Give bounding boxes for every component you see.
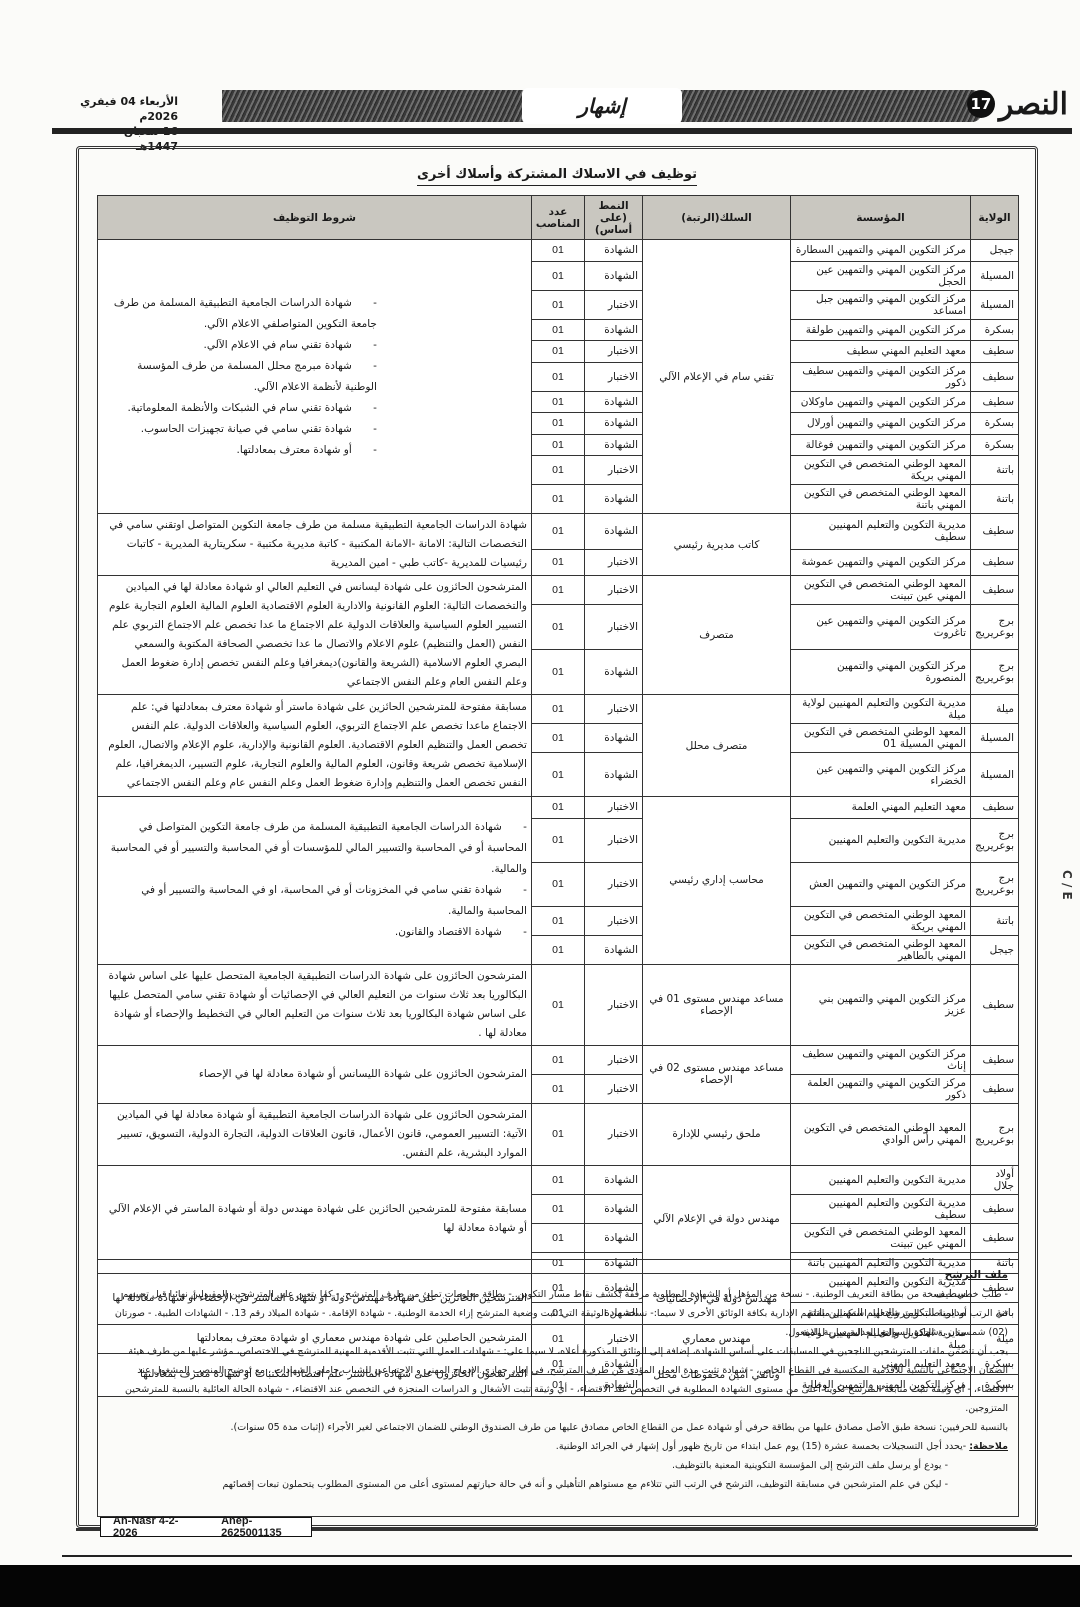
condition-item: شهادة تقني سامي في صيانة تجهيزات الحاسوب… [102,419,377,440]
notes-paragraph-1: - طلب خطي. - نسخة من بطاقة التعريف الوطن… [108,1285,1008,1342]
cell-count: 01 [531,1223,584,1252]
cell-count: 01 [531,362,584,391]
cell-count: 01 [531,724,584,753]
cell-rank: كاتب مديرية رئيسي [643,514,791,576]
application-file-notes: ملف الترشح - طلب خطي. - نسخة من بطاقة ال… [97,1259,1019,1517]
cell-institution: مركز التكوين المهني والتمهين أورلال [791,413,971,435]
cell-institution: المعهد الوطني المتخصص في التكوين المهني … [791,906,971,935]
table-header-row: الولاية المؤسسة السلك(الرتبة) النمط (على… [98,196,1019,240]
cell-institution: معهد التعليم المهني سطيف [791,341,971,363]
notes-paragraph-2: يجب أن تتضمن ملفات المترشحين الناجحين في… [108,1342,1008,1418]
cell-count: 01 [531,605,584,650]
cell-count: 01 [531,261,584,290]
cell-institution: مركز التكوين المهني والتمهين عموشة [791,549,971,575]
cell-wilaya: باتنة [971,906,1019,935]
masthead-dates: الأربعاء 04 فيفري 2026م 16 شعبان 1447هـ [78,94,178,154]
cell-mode: الاختبار [585,964,643,1045]
cell-wilaya: سطيف [971,1223,1019,1252]
header-count: عدد المناصب [531,196,584,240]
cell-mode: الاختبار [585,576,643,605]
cell-institution: مديرية التكوين والتعليم المهنيين [791,818,971,862]
cell-count: 01 [531,695,584,724]
cell-mode: الاختبار [585,290,643,319]
cell-wilaya: برج بوعريريج [971,818,1019,862]
cell-wilaya: سطيف [971,576,1019,605]
cell-conditions: المترشحون الحائزون على شهادة الدراسات ال… [98,1103,532,1165]
cell-count: 01 [531,576,584,605]
cell-conditions: المترشحون الحائزون على شهادة الليسانس أو… [98,1045,532,1103]
cell-wilaya: باتنة [971,456,1019,485]
condition-item: شهادة تقني سامي في المخزونات أو في المحا… [102,880,527,922]
cell-count: 01 [531,514,584,550]
cell-wilaya: سطيف [971,341,1019,363]
cell-count: 01 [531,413,584,435]
condition-item: أو شهادة معترف بمعادلتها. [102,440,377,461]
cell-rank: مهندس دولة في الإعلام الآلي [643,1165,791,1274]
cell-count: 01 [531,341,584,363]
cell-wilaya: المسيلة [971,261,1019,290]
cell-count: 01 [531,549,584,575]
cell-wilaya: بسكرة [971,413,1019,435]
cell-wilaya: ميلة [971,695,1019,724]
header-rank: السلك(الرتبة) [643,196,791,240]
cell-mode: الشهادة [585,753,643,797]
cell-mode: الشهادة [585,434,643,456]
date-gregorian: الأربعاء 04 فيفري 2026م [78,94,178,124]
cell-wilaya: جيجل [971,240,1019,262]
condition-item: شهادة الاقتصاد والقانون. [102,922,527,943]
cell-count: 01 [531,1103,584,1165]
cell-count: 01 [531,964,584,1045]
page-number-badge: 17 [967,90,995,118]
cell-wilaya: بسكرة [971,319,1019,341]
notes-bullet-1: يودع أو يرسل ملف الترشح إلى المؤسسة التك… [108,1456,1008,1475]
newspaper-logo: النصر 17 [967,84,1068,124]
cell-conditions: مسابقة مفتوحة للمترشحين الحائزين على شها… [98,1165,532,1274]
table-row: ميلةمديرية التكوين والتعليم المهنيين لول… [98,695,1019,724]
cell-institution: مركز التكوين المهني والتمهين ماوكلان [791,391,971,413]
cell-institution: مركز التكوين المهني والتمهين فوغالة [791,434,971,456]
cell-count: 01 [531,650,584,695]
cell-mode: الاختبار [585,362,643,391]
table-row: أولاد جلالمديرية التكوين والتعليم المهني… [98,1165,1019,1194]
condition-item: شهادة الدراسات الجامعية التطبيقية المسلم… [102,817,527,880]
cell-institution: المعهد الوطني المتخصص في التكوين المهني … [791,485,971,514]
cell-mode: الاختبار [585,1045,643,1074]
newspaper-masthead: الأربعاء 04 فيفري 2026م 16 شعبان 1447هـ … [62,88,1072,128]
conditions-list: شهادة الدراسات الجامعية التطبيقية المسلم… [102,293,527,461]
cell-mode: الاختبار [585,695,643,724]
condition-item: شهادة تقني سام في الشبكات والأنظمة المعل… [102,398,377,419]
cell-institution: مديرية التكوين والتعليم المهنيين سطيف [791,514,971,550]
table-row: سطيفالمعهد الوطني المتخصص في التكوين الم… [98,576,1019,605]
condition-item: شهادة مبرمج محلل المسلمة من طرف المؤسسة … [102,356,377,398]
cell-mode: الشهادة [585,485,643,514]
cell-rank: مساعد مهندس مستوى 01 في الإحصاء [643,964,791,1045]
cell-count: 01 [531,319,584,341]
cell-institution: مركز التكوين المهني والتمهين جبل امساعد [791,290,971,319]
cell-institution: مركز التكوين المهني والتمهين طولقة [791,319,971,341]
cell-wilaya: سطيف [971,964,1019,1045]
masthead-rule [52,128,1072,134]
cell-institution: مركز التكوين المهني والتمهين عين الحجل [791,261,971,290]
cell-rank: متصرف محلل [643,695,791,797]
cell-institution: المعهد الوطني المتخصص في التكوين المهني … [791,576,971,605]
cell-institution: مركز التكوين المهني والتمهين السطارة [791,240,971,262]
cell-mode: الاختبار [585,341,643,363]
cell-mode: الشهادة [585,413,643,435]
cell-wilaya: المسيلة [971,290,1019,319]
ref-anep: Anep-2625001135 [221,1515,311,1539]
cell-institution: مديرية التكوين والتعليم المهنيين لولاية … [791,695,971,724]
ad-reference-tag: An-Nasr 4-2-2026 Anep-2625001135 [100,1517,312,1537]
cell-count: 01 [531,1074,584,1103]
cell-count: 01 [531,1165,584,1194]
cell-count: 01 [531,434,584,456]
cell-wilaya: سطيف [971,797,1019,819]
header-conditions: شروط التوظيف [98,196,532,240]
cell-institution: المعهد الوطني المتخصص في التكوين المهني … [791,1103,971,1165]
condition-item: شهادة الدراسات الجامعية التطبيقية المسلم… [102,293,377,335]
table-row: سطيفمركز التكوين المهني والتمهين سطيف إن… [98,1045,1019,1074]
cell-mode: الشهادة [585,650,643,695]
cell-count: 01 [531,906,584,935]
remark-label: ملاحظة: [969,1441,1008,1452]
cell-wilaya: سطيف [971,391,1019,413]
table-row: برج بوعريريجالمعهد الوطني المتخصص في الت… [98,1103,1019,1165]
cell-rank: متصرف [643,576,791,695]
cell-wilaya: المسيلة [971,724,1019,753]
scan-bottom-bar [0,1565,1080,1607]
table-row: جيجلمركز التكوين المهني والتمهين السطارة… [98,240,1019,262]
cell-mode: الشهادة [585,391,643,413]
cell-mode: الشهادة [585,240,643,262]
cell-institution: مركز التكوين المهني والتمهين العلمة ذكور [791,1074,971,1103]
cell-conditions: شهادة الدراسات الجامعية التطبيقية مسلمة … [98,514,532,576]
ref-date: An-Nasr 4-2-2026 [113,1515,201,1539]
header-institution: المؤسسة [791,196,971,240]
cell-count: 01 [531,1194,584,1223]
cell-count: 01 [531,391,584,413]
cell-wilaya: جيجل [971,935,1019,964]
cell-mode: الشهادة [585,1165,643,1194]
cell-wilaya: برج بوعريريج [971,650,1019,695]
cell-mode: الاختبار [585,605,643,650]
table-row: سطيفمديرية التكوين والتعليم المهنيين سطي… [98,514,1019,550]
cell-institution: المعهد الوطني المتخصص في التكوين المهني … [791,456,971,485]
cell-mode: الشهادة [585,1223,643,1252]
cell-wilaya: برج بوعريريج [971,862,1019,906]
notes-remark: ملاحظة: -يحدد أجل التسجيلات بخمسة عشرة (… [108,1437,1008,1456]
cell-count: 01 [531,240,584,262]
cell-mode: الاختبار [585,549,643,575]
job-ad-frame: توظيف في الاسلاك المشتركة وأسلاك أخرى ال… [76,146,1038,1528]
ad-title: توظيف في الاسلاك المشتركة وأسلاك أخرى [79,167,1035,182]
cell-rank: ملحق رئيسي للإدارة [643,1103,791,1165]
page-bottom-rule [62,1555,1072,1557]
header-wilaya: الولاية [971,196,1019,240]
conditions-list: شهادة الدراسات الجامعية التطبيقية المسلم… [102,817,527,943]
cell-institution: مركز التكوين المهني والتمهين سطيف ذكور [791,362,971,391]
cell-mode: الشهادة [585,724,643,753]
table-row: سطيفمعهد التعليم المهني العلمةمحاسب إدار… [98,797,1019,819]
cell-mode: الشهادة [585,935,643,964]
cell-wilaya: أولاد جلال [971,1165,1019,1194]
cell-count: 01 [531,1045,584,1074]
table-row: سطيفمركز التكوين المهني والتمهين بني عزي… [98,964,1019,1045]
cell-institution: مركز التكوين المهني والتمهين المنصورة [791,650,971,695]
cell-institution: المعهد الوطني المتخصص في التكوين المهني … [791,724,971,753]
cell-institution: مركز التكوين المهني والتمهين عين الخضراء [791,753,971,797]
cell-mode: الشهادة [585,261,643,290]
newspaper-name: النصر [999,87,1068,122]
cell-institution: المعهد الوطني المتخصص في التكوين المهني … [791,1223,971,1252]
cell-conditions: شهادة الدراسات الجامعية التطبيقية المسلم… [98,240,532,514]
cell-wilaya: بسكرة [971,434,1019,456]
cell-wilaya: سطيف [971,362,1019,391]
cell-institution: مديرية التكوين والتعليم المهنيين سطيف [791,1194,971,1223]
cell-rank: مساعد مهندس مستوى 02 في الإحصاء [643,1045,791,1103]
cell-conditions: المترشحون الحائزون على شهادة ليسانس في ا… [98,576,532,695]
side-margin-mark: C / E [1060,870,1074,900]
cell-conditions: مسابقة مفتوحة للمترشحين الحائزين على شها… [98,695,532,797]
cell-count: 01 [531,753,584,797]
cell-conditions: شهادة الدراسات الجامعية التطبيقية المسلم… [98,797,532,965]
cell-count: 01 [531,935,584,964]
cell-wilaya: سطيف [971,514,1019,550]
cell-wilaya: سطيف [971,1194,1019,1223]
cell-wilaya: سطيف [971,1045,1019,1074]
cell-mode: الاختبار [585,797,643,819]
cell-institution: مركز التكوين المهني والتمهين بني عزيز [791,964,971,1045]
cell-mode: الاختبار [585,906,643,935]
cell-count: 01 [531,485,584,514]
cell-mode: الاختبار [585,818,643,862]
section-label: إشهار [522,88,682,124]
cell-institution: المعهد الوطني المتخصص في التكوين المهني … [791,935,971,964]
cell-wilaya: المسيلة [971,753,1019,797]
cell-conditions: المترشحون الحائزون على شهادة الدراسات ال… [98,964,532,1045]
cell-institution: مركز التكوين المهني والتمهين العش [791,862,971,906]
cell-mode: الشهادة [585,1194,643,1223]
cell-count: 01 [531,862,584,906]
notes-title: ملف الترشح [108,1266,1008,1285]
remark-text: -يحدد أجل التسجيلات بخمسة عشرة (15) يوم … [556,1441,969,1452]
cell-mode: الاختبار [585,1074,643,1103]
cell-institution: مركز التكوين المهني والتمهين عين تاغروت [791,605,971,650]
cell-institution: مديرية التكوين والتعليم المهنيين [791,1165,971,1194]
cell-mode: الاختبار [585,456,643,485]
notes-paragraph-3: بالنسبة للحرفيين: نسخة طبق الأصل مصادق ع… [108,1418,1008,1437]
cell-wilaya: سطيف [971,549,1019,575]
header-mode: النمط (على أساس) [585,196,643,240]
cell-wilaya: برج بوعريريج [971,605,1019,650]
cell-rank: تقني سام في الإعلام الآلي [643,240,791,514]
cell-count: 01 [531,290,584,319]
cell-institution: معهد التعليم المهني العلمة [791,797,971,819]
cell-wilaya: برج بوعريريج [971,1103,1019,1165]
cell-count: 01 [531,797,584,819]
cell-wilaya: باتنة [971,485,1019,514]
cell-rank: محاسب إداري رئيسي [643,797,791,965]
cell-mode: الاختبار [585,862,643,906]
cell-institution: مركز التكوين المهني والتمهين سطيف إناث [791,1045,971,1074]
cell-mode: الشهادة [585,319,643,341]
condition-item: شهادة تقني سام في الاعلام الآلي. [102,335,377,356]
cell-mode: الشهادة [585,514,643,550]
cell-wilaya: سطيف [971,1074,1019,1103]
cell-mode: الاختبار [585,1103,643,1165]
cell-count: 01 [531,818,584,862]
cell-count: 01 [531,456,584,485]
jobs-table: الولاية المؤسسة السلك(الرتبة) النمط (على… [97,195,1019,1397]
notes-bullet-2: ليكن في علم المترشحين في مسابقة التوظيف،… [108,1475,1008,1494]
